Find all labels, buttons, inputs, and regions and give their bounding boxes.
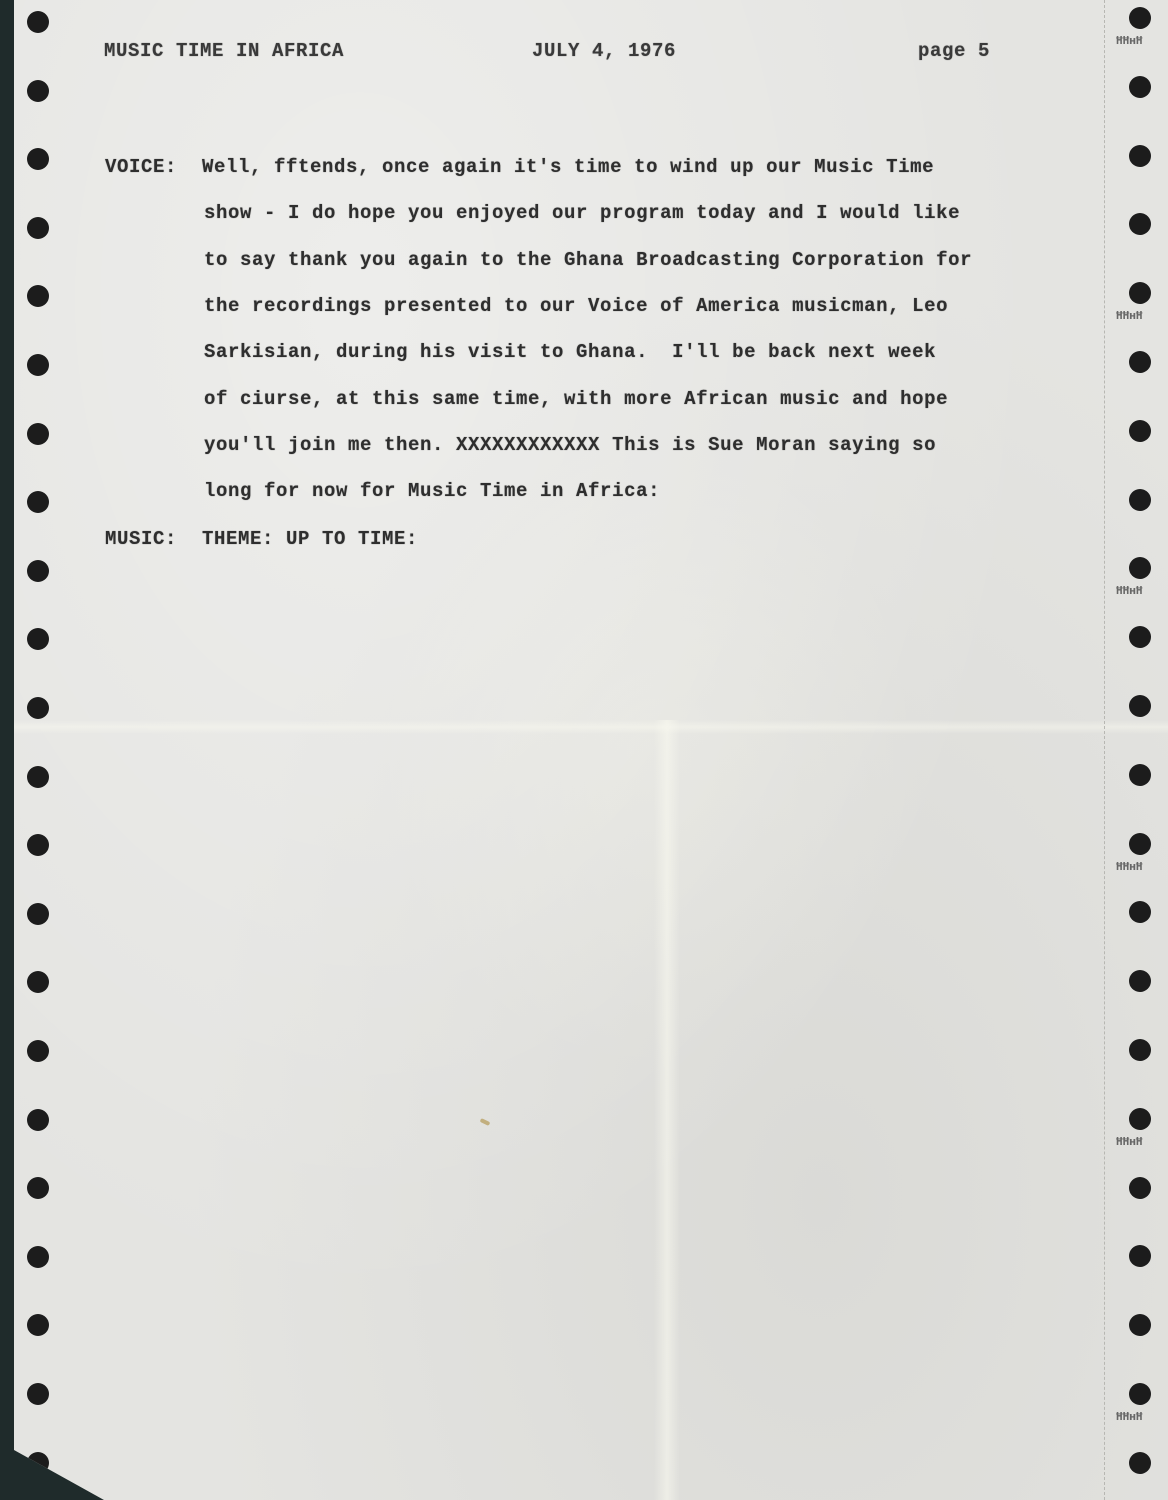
tractor-hole bbox=[27, 80, 49, 102]
tractor-hole bbox=[27, 1383, 49, 1405]
tractor-hole bbox=[27, 697, 49, 719]
page-number: page 5 bbox=[918, 40, 990, 62]
voice-line-8: long for now for Music Time in Africa: bbox=[204, 480, 660, 502]
horizontal-fold-crease bbox=[14, 720, 1168, 734]
tractor-hole bbox=[1129, 7, 1151, 29]
tractor-hole bbox=[1129, 145, 1151, 167]
tractor-hole bbox=[1129, 695, 1151, 717]
tractor-hole bbox=[27, 766, 49, 788]
voice-line-5: Sarkisian, during his visit to Ghana. I'… bbox=[204, 341, 936, 363]
tractor-hole bbox=[1129, 1177, 1151, 1199]
voice-line-1: Well, fftends, once again it's time to w… bbox=[202, 156, 934, 178]
feed-mark: ĦĦʜĦ bbox=[1116, 309, 1143, 322]
tractor-hole bbox=[1129, 1039, 1151, 1061]
tractor-hole bbox=[27, 285, 49, 307]
tractor-hole bbox=[27, 834, 49, 856]
tractor-hole bbox=[27, 628, 49, 650]
feed-mark: ĦĦʜĦ bbox=[1116, 860, 1143, 873]
tractor-hole bbox=[27, 903, 49, 925]
tractor-hole bbox=[27, 423, 49, 445]
tractor-hole bbox=[27, 491, 49, 513]
tractor-hole bbox=[27, 11, 49, 33]
feed-mark: ĦĦʜĦ bbox=[1116, 1410, 1143, 1423]
tractor-hole bbox=[27, 1177, 49, 1199]
tractor-hole bbox=[1129, 76, 1151, 98]
tractor-hole bbox=[1129, 1245, 1151, 1267]
tractor-hole bbox=[1129, 833, 1151, 855]
broadcast-date: JULY 4, 1976 bbox=[532, 40, 676, 62]
voice-line-7: you'll join me then. XXXXXXXXXXXX This i… bbox=[204, 434, 936, 456]
tractor-hole bbox=[27, 1040, 49, 1062]
tractor-hole bbox=[1129, 1108, 1151, 1130]
voice-line-6: of ciurse, at this same time, with more … bbox=[204, 388, 948, 410]
feed-mark: ĦĦʜĦ bbox=[1116, 34, 1143, 47]
tractor-hole bbox=[1129, 282, 1151, 304]
tractor-hole bbox=[27, 1452, 49, 1474]
tractor-hole bbox=[1129, 1314, 1151, 1336]
feed-mark: ĦĦʜĦ bbox=[1116, 1135, 1143, 1148]
voice-cue-label: VOICE: bbox=[105, 156, 177, 178]
music-theme-line: THEME: UP TO TIME: bbox=[202, 528, 418, 550]
tractor-hole bbox=[27, 354, 49, 376]
tractor-hole bbox=[1129, 626, 1151, 648]
tractor-hole bbox=[27, 1246, 49, 1268]
tractor-hole bbox=[1129, 901, 1151, 923]
music-cue-label: MUSIC: bbox=[105, 528, 177, 550]
tractor-hole bbox=[1129, 764, 1151, 786]
tractor-hole bbox=[1129, 351, 1151, 373]
tractor-hole bbox=[1129, 970, 1151, 992]
tractor-hole bbox=[1129, 213, 1151, 235]
tractor-hole bbox=[1129, 1383, 1151, 1405]
perforation-line bbox=[1104, 0, 1105, 1500]
document-page: ĦĦʜĦĦĦʜĦĦĦʜĦĦĦʜĦĦĦʜĦĦĦʜĦ MUSIC TIME IN A… bbox=[14, 0, 1168, 1500]
tractor-hole bbox=[1129, 1452, 1151, 1474]
tractor-hole bbox=[1129, 489, 1151, 511]
tractor-hole bbox=[1129, 557, 1151, 579]
tractor-hole bbox=[27, 1314, 49, 1336]
program-title: MUSIC TIME IN AFRICA bbox=[104, 40, 344, 62]
tractor-hole bbox=[27, 971, 49, 993]
voice-line-2: show - I do hope you enjoyed our program… bbox=[204, 202, 960, 224]
tractor-hole bbox=[27, 1109, 49, 1131]
tractor-hole bbox=[1129, 420, 1151, 442]
tractor-hole bbox=[27, 217, 49, 239]
vertical-fold-crease bbox=[654, 720, 680, 1500]
voice-line-4: the recordings presented to our Voice of… bbox=[204, 295, 948, 317]
feed-mark: ĦĦʜĦ bbox=[1116, 584, 1143, 597]
paper-stain bbox=[480, 1118, 491, 1126]
tractor-hole bbox=[27, 148, 49, 170]
voice-line-3: to say thank you again to the Ghana Broa… bbox=[204, 249, 972, 271]
tractor-hole bbox=[27, 560, 49, 582]
